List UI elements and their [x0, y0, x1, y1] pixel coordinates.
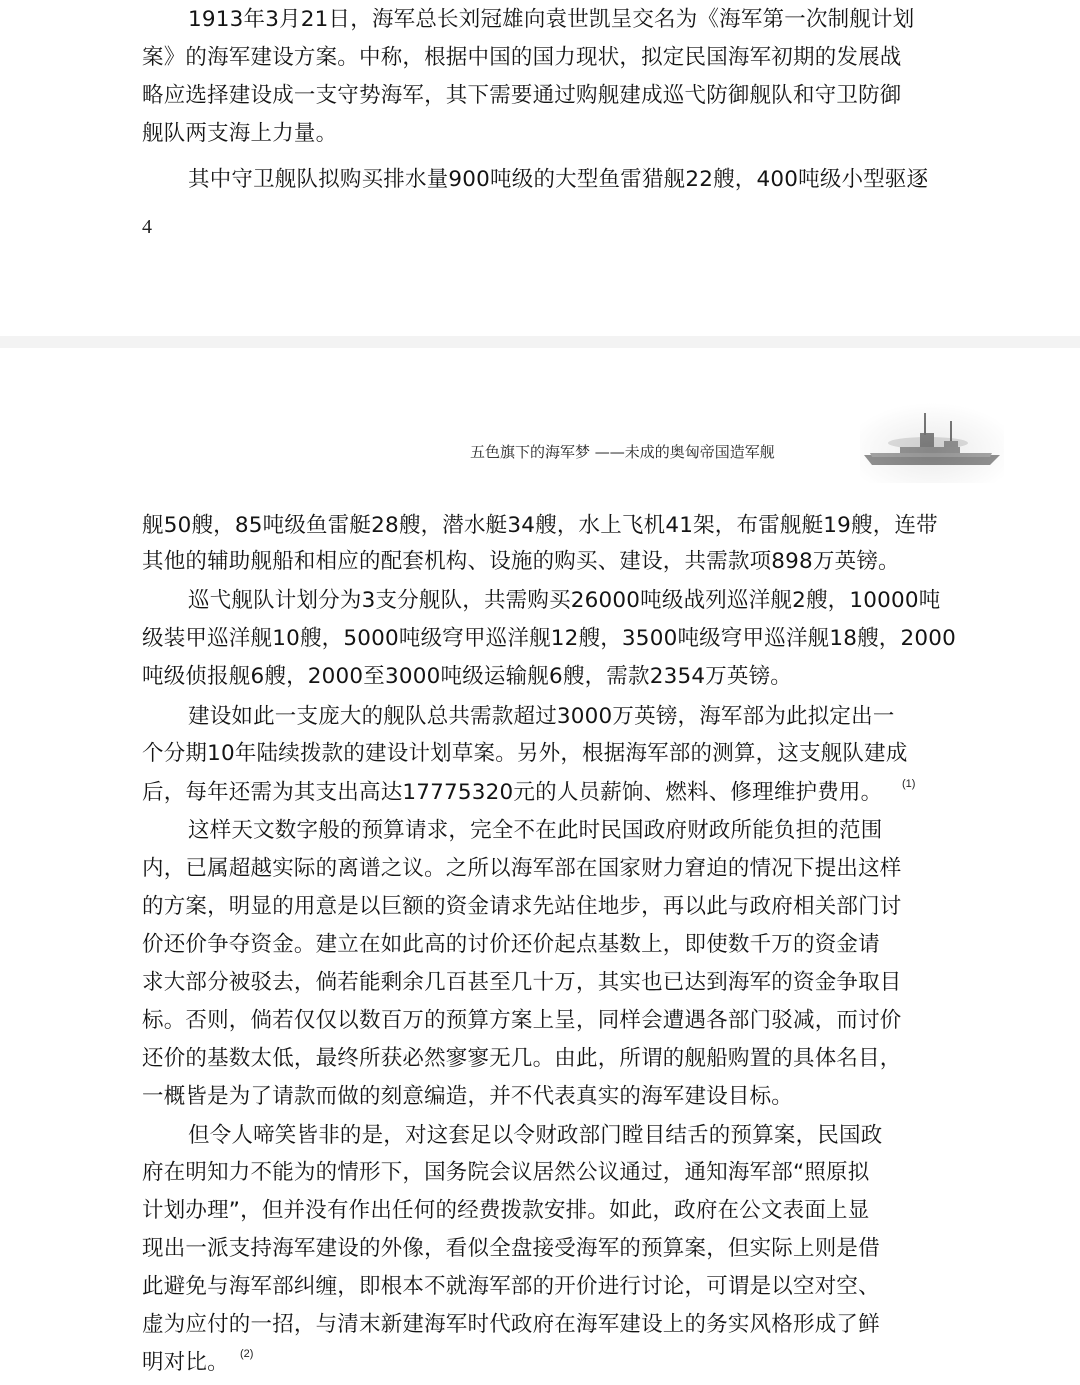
text-line: 还价的基数太低，最终所获必然寥寥无几。由此，所谓的舰船购置的具体名目，	[142, 1046, 902, 1072]
text-line: 案》的海军建设方案。中称，根据中国的国力现状，拟定民国海军初期的发展战	[142, 45, 902, 71]
text-line: 求大部分被驳去，倘若能剩余几百甚至几十万，其实也已达到海军的资金争取目	[142, 970, 902, 996]
footnote-marker: (2)	[240, 1348, 253, 1360]
text-line: 舰50艘，85吨级鱼雷艇28艘，潜水艇34艘，水上飞机41架，布雷舰艇19艘，连…	[142, 513, 938, 539]
page-top: 1913年3月21日，海军总长刘冠雄向袁世凯呈交名为《海军第一次制舰计划 案》的…	[0, 0, 1080, 336]
text-line: 内，已属超越实际的离谱之议。之所以海军部在国家财力窘迫的情况下提出这样	[142, 856, 902, 882]
text-line: 舰队两支海上力量。	[142, 121, 337, 147]
text-line: 府在明知力不能为的情形下，国务院会议居然公议通过，通知海军部“照原拟	[142, 1160, 869, 1186]
page-bottom: 五色旗下的海军梦 ——未成的奥匈帝国造军舰 舰50艘，85吨级鱼雷艇28艘，潜水…	[0, 348, 1080, 1385]
text-line: 一概皆是为了请款而做的刻意编造，并不代表真实的海军建设目标。	[142, 1084, 793, 1110]
text-line: 这样天文数字般的预算请求，完全不在此时民国政府财政所能负担的范围	[188, 818, 882, 844]
text-line: 计划办理”，但并没有作出任何的经费拨款安排。如此，政府在公文表面上显	[142, 1198, 869, 1224]
text-line: 级装甲巡洋舰10艘，5000吨级穹甲巡洋舰12艘，3500吨级穹甲巡洋舰18艘，…	[142, 626, 956, 652]
text-line: 其他的辅助舰船和相应的配套机构、设施的购买、建设，共需款项898万英镑。	[142, 549, 900, 575]
text-line: 现出一派支持海军建设的外像，看似全盘接受海军的预算案，但实际上则是借	[142, 1236, 880, 1262]
text-line: 巡弋舰队计划分为3支分舰队，共需购买26000吨级战列巡洋舰2艘，10000吨	[188, 588, 940, 614]
text-line: 1913年3月21日，海军总长刘冠雄向袁世凯呈交名为《海军第一次制舰计划	[188, 7, 914, 33]
text-line: 但令人啼笑皆非的是，对这套足以令财政部门瞠目结舌的预算案，民国政	[188, 1123, 882, 1149]
text-line: 此避免与海军部纠缠，即根本不就海军部的开价进行讨论，可谓是以空对空、	[142, 1274, 880, 1300]
text-line: 其中守卫舰队拟购买排水量900吨级的大型鱼雷猎舰22艘，400吨级小型驱逐	[188, 167, 928, 193]
text-line: 价还价争夺资金。建立在如此高的讨价还价起点基数上，即使数千万的资金请	[142, 932, 880, 958]
text-line: 虚为应付的一招，与清末新建海军时代政府在海军建设上的务实风格形成了鲜	[142, 1312, 880, 1338]
text-line: 个分期10年陆续拨款的建设计划草案。另外，根据海军部的测算，这支舰队建成	[142, 741, 908, 767]
warship-image	[860, 403, 1004, 483]
text-line: 标。否则，倘若仅仅以数百万的预算方案上呈，同样会遭遇各部门驳减，而讨价	[142, 1008, 902, 1034]
text-line: 明对比。	[142, 1350, 229, 1376]
running-header: 五色旗下的海军梦 ——未成的奥匈帝国造军舰	[470, 441, 775, 462]
text-line: 建设如此一支庞大的舰队总共需款超过3000万英镑，海军部为此拟定出一	[188, 704, 895, 730]
footnote-marker: (1)	[902, 778, 915, 790]
text-line: 后，每年还需为其支出高达17775320元的人员薪饷、燃料、修理维护费用。	[142, 780, 882, 806]
text-line: 略应选择建设成一支守势海军，其下需要通过购舰建成巡弋防御舰队和守卫防御	[142, 83, 902, 109]
page-number: 4	[142, 216, 152, 239]
text-line: 吨级侦报舰6艘，2000至3000吨级运输舰6艘，需款2354万英镑。	[142, 664, 792, 690]
text-line: 的方案，明显的用意是以巨额的资金请求先站住地步，再以此与政府相关部门讨	[142, 894, 902, 920]
page-separator	[0, 336, 1080, 348]
